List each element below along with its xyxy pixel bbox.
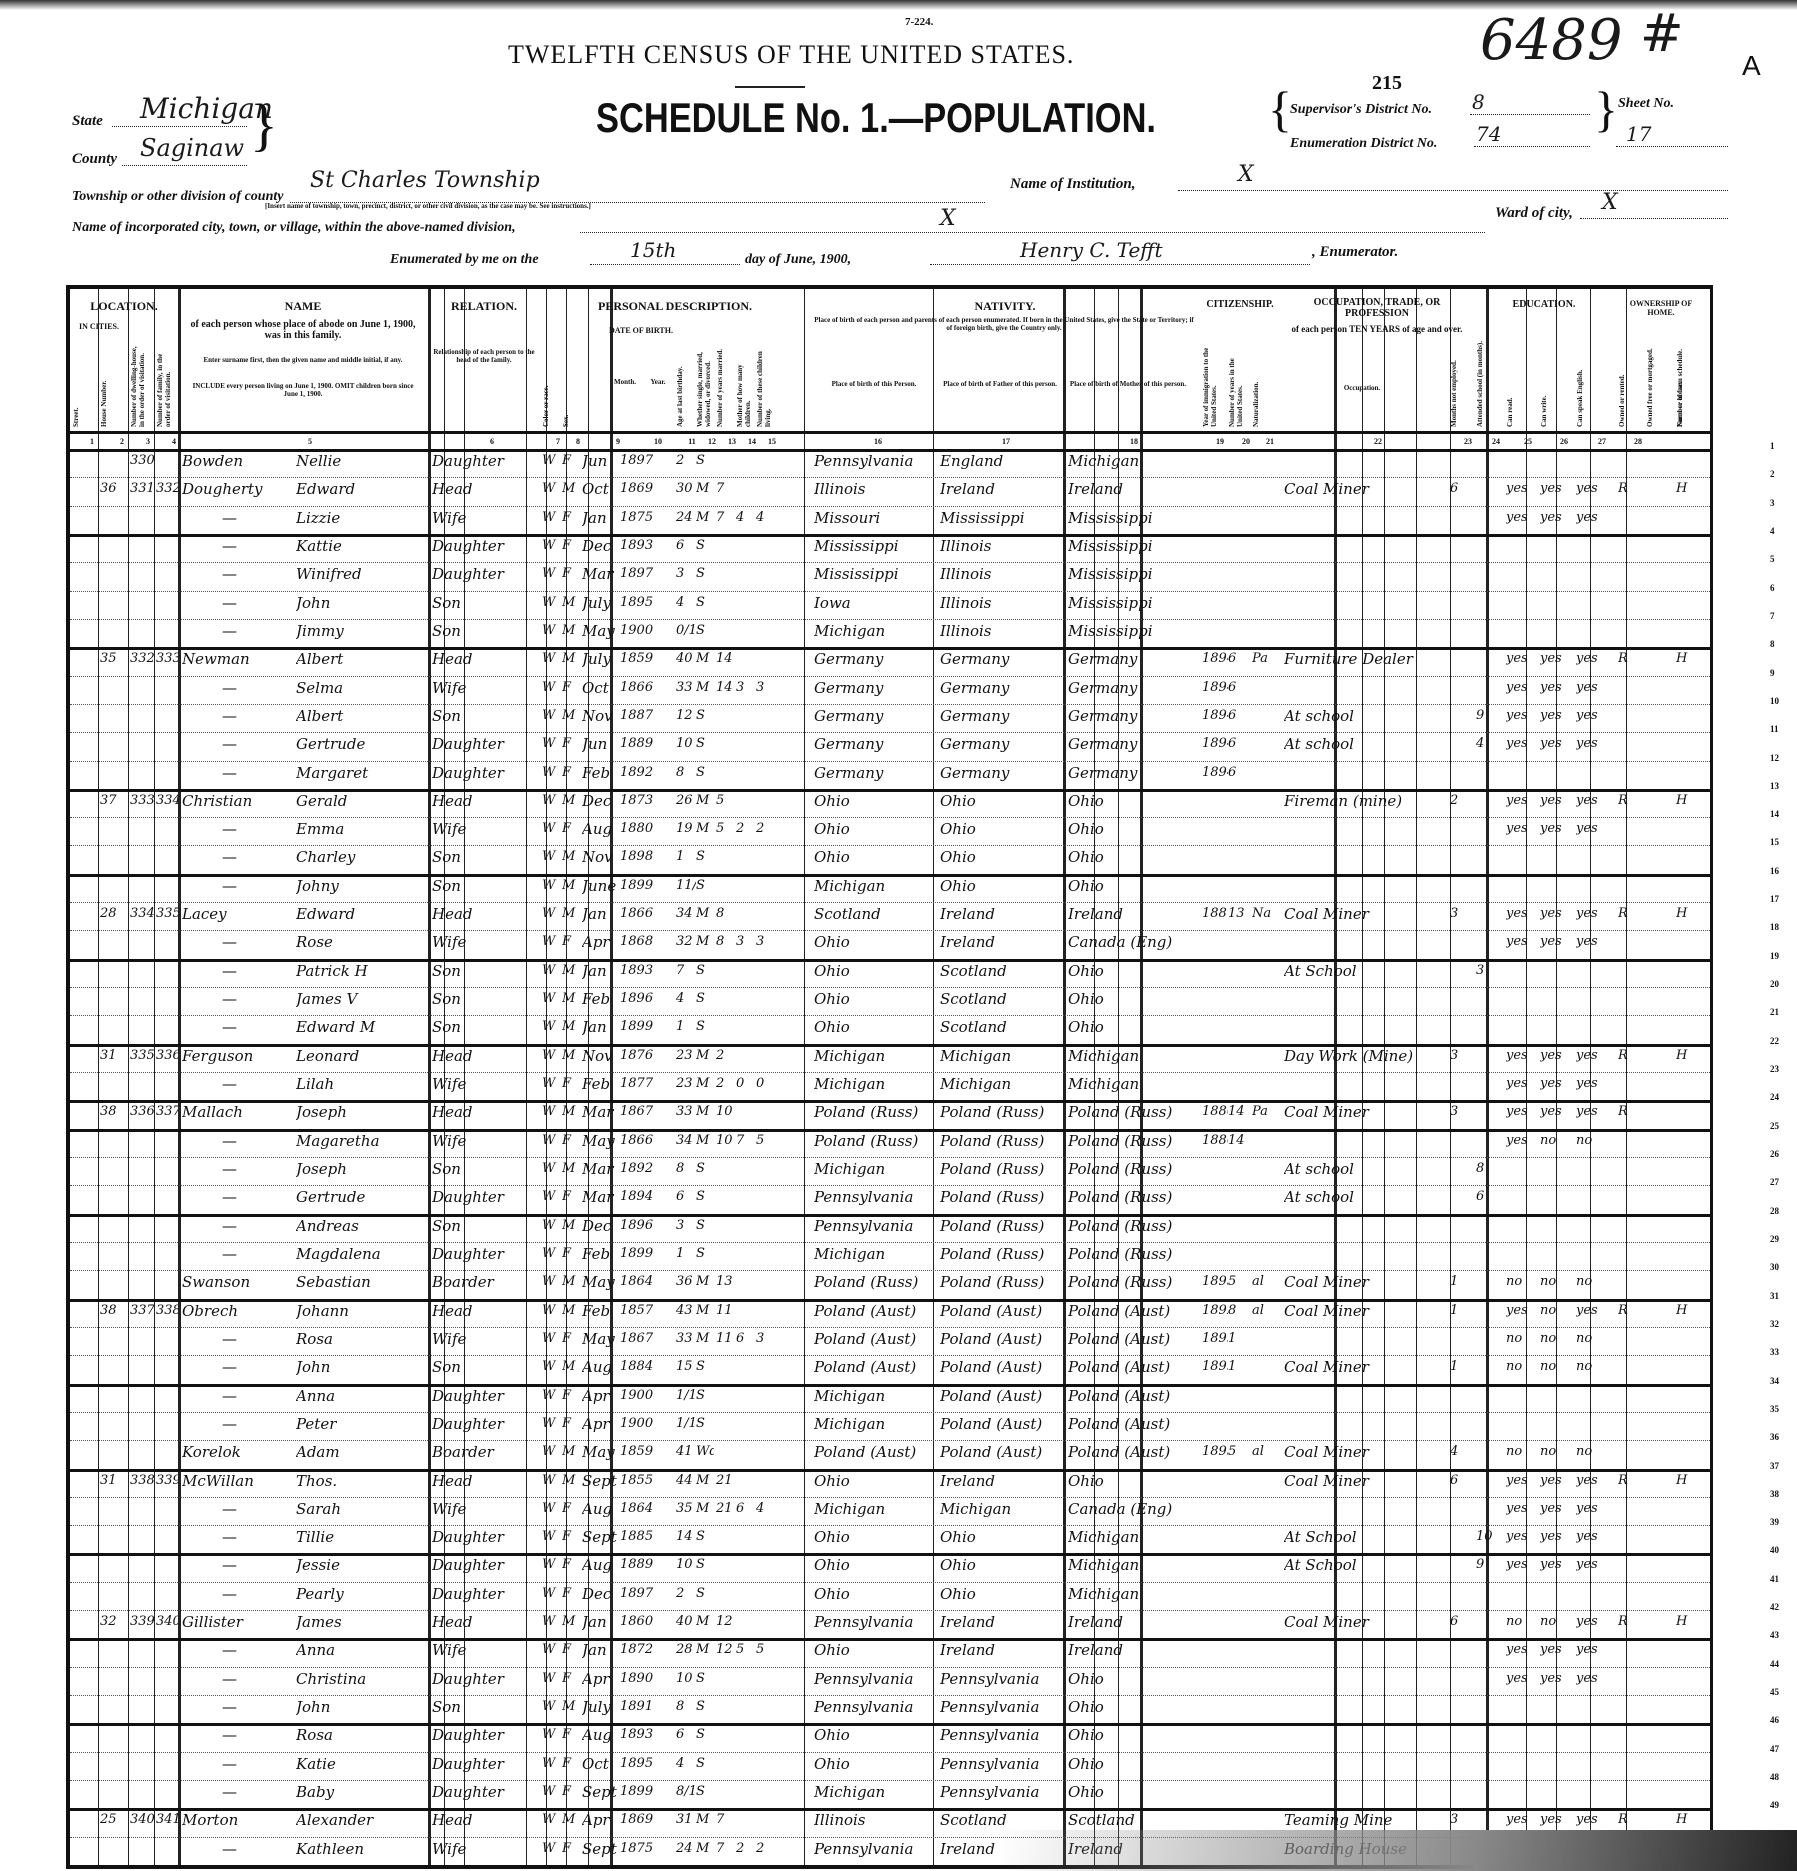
cell-mar: M <box>696 1474 714 1487</box>
cell-rd: yes <box>1506 1304 1538 1317</box>
cell-age: 33 <box>676 1105 696 1118</box>
row-number: 42 <box>1770 1602 1779 1612</box>
cell-wr: no <box>1540 1134 1574 1147</box>
cell-color: W <box>542 1842 560 1855</box>
cell-given: Emma <box>296 822 426 837</box>
row-number: 13 <box>1770 781 1779 791</box>
cell-wr: no <box>1540 1360 1574 1373</box>
cell-sex: M <box>562 1445 580 1458</box>
cell-rel: Son <box>432 709 536 724</box>
cell-bm: Poland (Aust) <box>1068 1360 1194 1375</box>
cell-bm: Mississippi <box>1068 596 1194 611</box>
cell-bf: Pennsylvania <box>940 1700 1064 1715</box>
cell-en: yes <box>1576 737 1612 750</box>
cell-surname: Christian <box>182 794 292 809</box>
cell-sex: M <box>562 1474 580 1487</box>
cell-bf: Ireland <box>940 1615 1064 1630</box>
cell-mar: M <box>696 907 714 920</box>
subgroup-date-of-birth: DATE OF BIRTH. <box>608 327 674 336</box>
cell-color: W <box>542 454 560 467</box>
table-row: —JessieDaughterWFAug188910SOhioOhioMichi… <box>70 1553 1706 1581</box>
cell-given: Magaretha <box>296 1134 426 1149</box>
cell-rel: Son <box>432 1700 536 1715</box>
cell-sex: M <box>562 709 580 722</box>
cell-rel: Son <box>432 964 536 979</box>
table-row: 32339340GillisterJamesHeadWMJan186040M12… <box>70 1610 1706 1638</box>
cell-occ: Coal Miner <box>1284 1105 1444 1120</box>
row-number: 8 <box>1770 639 1775 649</box>
cell-rel: Wife <box>432 511 536 526</box>
cell-sex: M <box>562 964 580 977</box>
cell-mu: 6 <box>1450 1474 1472 1487</box>
cell-rel: Daughter <box>432 1247 536 1262</box>
subheader-birth-father: Place of birth of Father of this person. <box>940 381 1060 389</box>
cell-sch: 4 <box>1476 737 1502 750</box>
cell-age: 8/12 <box>676 1785 696 1798</box>
cell-given: James V <box>296 992 426 1007</box>
cell-month: Feb <box>582 1304 620 1319</box>
cell-year: 1896 <box>620 992 672 1005</box>
cell-given: Edward M <box>296 1020 426 1035</box>
cell-bm: Poland (Russ) <box>1068 1105 1194 1120</box>
cell-nat: al <box>1252 1445 1274 1458</box>
cell-imm: 1894 <box>1202 766 1228 779</box>
cell-bp: Michigan <box>814 624 936 639</box>
table-row: —JohnySonWMJune189911/12SMichiganOhioOhi… <box>70 874 1706 902</box>
cell-rel: Son <box>432 624 536 639</box>
cell-color: W <box>542 1247 560 1260</box>
cell-fh: H <box>1676 907 1706 920</box>
cell-ym: 7 <box>716 482 734 495</box>
cell-own: R <box>1618 1474 1644 1487</box>
cell-occ: At school <box>1284 737 1444 752</box>
cell-given: Lizzie <box>296 511 426 526</box>
cell-fam: 332 <box>156 482 178 495</box>
table-row: —AnnaDaughterWFApr19001/12SMichiganPolan… <box>70 1384 1706 1412</box>
cell-color: W <box>542 511 560 524</box>
header-mother-of: Mother of how many children. <box>736 339 752 427</box>
cell-bf: Pennsylvania <box>940 1785 1064 1800</box>
cell-age: 40 <box>676 652 696 665</box>
cell-bm: Ohio <box>1068 1700 1194 1715</box>
cell-bf: Ireland <box>940 1474 1064 1489</box>
cell-mu: 3 <box>1450 1049 1472 1062</box>
cell-given: Johny <box>296 879 426 894</box>
cell-age: 24 <box>676 1842 696 1855</box>
cell-color: W <box>542 709 560 722</box>
cell-sex: M <box>562 1360 580 1373</box>
cell-mu: 4 <box>1450 1445 1472 1458</box>
cell-yus: 6 <box>1228 737 1250 750</box>
cell-wr: yes <box>1540 1558 1574 1571</box>
table-row: —JosephSonWMMar18928SMichiganPoland (Rus… <box>70 1157 1706 1185</box>
cell-age: 19 <box>676 822 696 835</box>
group-ownership: OWNERSHIP OF HOME. <box>1616 299 1706 317</box>
cell-rel: Boarder <box>432 1275 536 1290</box>
cell-color: W <box>542 1728 560 1741</box>
cell-ym: 11 <box>716 1332 734 1345</box>
cell-given: Johann <box>296 1304 426 1319</box>
cell-dw: 330 <box>130 454 154 467</box>
cell-year: 1864 <box>620 1502 672 1515</box>
cell-mo: 5 <box>736 1643 754 1656</box>
township-label: Township or other division of county <box>72 189 283 205</box>
header-naturalization: Naturalization. <box>1252 339 1272 427</box>
cell-occ: At School <box>1284 964 1444 979</box>
cell-liv: 0 <box>756 1077 774 1090</box>
cell-year: 1893 <box>620 964 672 977</box>
cell-bf: Poland (Russ) <box>940 1219 1064 1234</box>
cell-year: 1892 <box>620 766 672 779</box>
cell-bm: Ohio <box>1068 992 1194 1007</box>
cell-given: Adam <box>296 1445 426 1460</box>
cell-bp: Michigan <box>814 1162 936 1177</box>
cell-sex: F <box>562 539 580 552</box>
cell-sex: F <box>562 1247 580 1260</box>
cell-year: 1860 <box>620 1615 672 1628</box>
cell-yus: 6 <box>1228 652 1250 665</box>
cell-bm: Mississippi <box>1068 624 1194 639</box>
cell-wr: yes <box>1540 822 1574 835</box>
cell-year: 1859 <box>620 652 672 665</box>
cell-nat: Pa <box>1252 652 1274 665</box>
cell-fh: H <box>1676 1304 1706 1317</box>
cell-color: W <box>542 1360 560 1373</box>
table-row: —AnnaWifeWFJan187228M1255OhioIrelandIrel… <box>70 1638 1706 1666</box>
cell-own: R <box>1618 1304 1644 1317</box>
cell-en: yes <box>1576 511 1612 524</box>
township-hint: [Insert name of township, town, precinct… <box>265 202 591 210</box>
cell-age: 0/12 <box>676 624 696 637</box>
table-row: KorelokAdamBoarderWMMay185941WdPoland (A… <box>70 1440 1706 1468</box>
cell-en: yes <box>1576 1530 1612 1543</box>
table-row: —LilahWifeWFFeb187723M200MichiganMichiga… <box>70 1072 1706 1100</box>
cell-bf: Poland (Aust) <box>940 1445 1064 1460</box>
table-row: —TillieDaughterWFSept188514SOhioOhioMich… <box>70 1525 1706 1553</box>
row-number: 34 <box>1770 1376 1779 1386</box>
cell-bp: Michigan <box>814 1502 936 1517</box>
cell-rel: Wife <box>432 1643 536 1658</box>
cell-bf: Ireland <box>940 907 1064 922</box>
cell-ym: 8 <box>716 907 734 920</box>
cell-given: Rosa <box>296 1728 426 1743</box>
cell-color: W <box>542 1190 560 1203</box>
cell-ym: 14 <box>716 681 734 694</box>
cell-bp: Pennsylvania <box>814 1219 936 1234</box>
cell-house: 25 <box>100 1813 126 1826</box>
header-years-us: Number of years in the United States. <box>1228 339 1248 427</box>
header-family: Number of family, in the order of visita… <box>156 339 176 427</box>
cell-yus: 5 <box>1228 1275 1250 1288</box>
cell-color: W <box>542 1785 560 1798</box>
cell-color: W <box>542 1105 560 1118</box>
cell-bp: Ohio <box>814 1587 936 1602</box>
table-row: —JimmySonWMMay19000/12SMichiganIllinoisM… <box>70 619 1706 647</box>
cell-mar: S <box>696 992 714 1005</box>
cell-bm: Poland (Russ) <box>1068 1134 1194 1149</box>
cell-sex: M <box>562 1275 580 1288</box>
cell-occ: Fireman (mine) <box>1284 794 1444 809</box>
cell-mar: M <box>696 1615 714 1628</box>
cell-own: R <box>1618 1049 1644 1062</box>
cell-imm: 1894 <box>1202 737 1228 750</box>
cell-age: 23 <box>676 1049 696 1062</box>
cell-rel: Daughter <box>432 737 536 752</box>
cell-age: 31 <box>676 1813 696 1826</box>
cell-color: W <box>542 822 560 835</box>
cell-sex: M <box>562 1615 580 1628</box>
cell-bm: Germany <box>1068 652 1194 667</box>
cell-bp: Michigan <box>814 1077 936 1092</box>
cell-month: Oct <box>582 681 620 696</box>
cell-month: Nov <box>582 1049 620 1064</box>
cell-bp: Germany <box>814 652 936 667</box>
cell-bf: Germany <box>940 709 1064 724</box>
cell-bp: Germany <box>814 766 936 781</box>
cell-rd: yes <box>1506 1672 1538 1685</box>
cell-dw: 336 <box>130 1105 154 1118</box>
cell-year: 1894 <box>620 1190 672 1203</box>
cell-bp: Scotland <box>814 907 936 922</box>
form-number: 7-224. <box>905 16 933 28</box>
table-row: —ChristinaDaughterWFApr189010SPennsylvan… <box>70 1667 1706 1695</box>
cell-bm: Mississippi <box>1068 539 1194 554</box>
cell-rd: no <box>1506 1615 1538 1628</box>
cell-sex: F <box>562 935 580 948</box>
cell-own: R <box>1618 907 1644 920</box>
row-number: 2 <box>1770 469 1775 479</box>
table-row: 38337338ObrechJohannHeadWMFeb185743M11Po… <box>70 1299 1706 1327</box>
cell-occ: Coal Miner <box>1284 1615 1444 1630</box>
cell-age: 1/12 <box>676 1389 696 1402</box>
cell-month: Mar <box>582 567 620 582</box>
cell-given: Lilah <box>296 1077 426 1092</box>
county-label: County <box>72 151 117 168</box>
column-number: 23 <box>1460 437 1476 446</box>
cell-rel: Head <box>432 652 536 667</box>
table-row: —James VSonWMFeb18964SOhioScotlandOhio <box>70 987 1706 1015</box>
cell-age: 6 <box>676 539 696 552</box>
cell-rel: Head <box>432 1304 536 1319</box>
cell-rel: Daughter <box>432 1389 536 1404</box>
cell-wr: yes <box>1540 1502 1574 1515</box>
cell-year: 1899 <box>620 1020 672 1033</box>
cell-sex: F <box>562 1530 580 1543</box>
cell-bm: Poland (Aust) <box>1068 1389 1194 1404</box>
subheader-month: Month. <box>608 379 642 387</box>
column-number: 1 <box>84 437 100 446</box>
cell-bm: Michigan <box>1068 1049 1194 1064</box>
cell-bp: Poland (Russ) <box>814 1105 936 1120</box>
cell-bf: Ohio <box>940 1558 1064 1573</box>
cell-fam: 339 <box>156 1474 178 1487</box>
cell-bp: Poland (Russ) <box>814 1275 936 1290</box>
cell-sex: F <box>562 1587 580 1600</box>
cell-year: 1885 <box>620 1530 672 1543</box>
cell-mar: M <box>696 1643 714 1656</box>
cell-en: yes <box>1576 1558 1612 1571</box>
cell-yus: 1 <box>1228 1332 1250 1345</box>
cell-year: 1877 <box>620 1077 672 1090</box>
cell-year: 1873 <box>620 794 672 807</box>
cell-mar: M <box>696 935 714 948</box>
header-marital: Whether single, married, widowed, or div… <box>696 339 712 427</box>
cell-rel: Daughter <box>432 539 536 554</box>
cell-bm: Michigan <box>1068 1558 1194 1573</box>
cell-bf: Ohio <box>940 794 1064 809</box>
cell-bm: Ohio <box>1068 1020 1194 1035</box>
table-row: —MargaretDaughterWFFeb18928SGermanyGerma… <box>70 761 1706 789</box>
cell-given: Selma <box>296 681 426 696</box>
cell-en: yes <box>1576 482 1612 495</box>
group-occupation: OCCUPATION, TRADE, OR PROFESSION <box>1282 297 1472 319</box>
cell-bm: Germany <box>1068 681 1194 696</box>
cell-rel: Head <box>432 1615 536 1630</box>
cell-imm: 1894 <box>1202 681 1228 694</box>
cell-mar: S <box>696 964 714 977</box>
cell-color: W <box>542 766 560 779</box>
cell-color: W <box>542 1502 560 1515</box>
cell-month: Apr <box>582 935 620 950</box>
cell-sex: M <box>562 992 580 1005</box>
cell-sex: M <box>562 794 580 807</box>
subheader-occupation: Occupation. <box>1282 385 1442 393</box>
cell-given: Edward <box>296 482 426 497</box>
cell-dw: 331 <box>130 482 154 495</box>
table-row: —LizzieWifeWFJan187524M744MissouriMissis… <box>70 506 1706 534</box>
column-number: 12 <box>704 437 720 446</box>
name-note-surname: Enter surname first, then the given name… <box>190 357 416 365</box>
cell-rd: yes <box>1506 1558 1538 1571</box>
cell-bp: Ohio <box>814 1558 936 1573</box>
cell-ym: 2 <box>716 1077 734 1090</box>
cell-en: yes <box>1576 1643 1612 1656</box>
cell-month: July <box>582 652 620 667</box>
cell-rel: Daughter <box>432 1190 536 1205</box>
cell-bm: Scotland <box>1068 1813 1194 1828</box>
cell-mu: 3 <box>1450 1813 1472 1826</box>
cell-mar: S <box>696 539 714 552</box>
cell-given: Gertrude <box>296 1190 426 1205</box>
cell-mar: M <box>696 1813 714 1826</box>
cell-bp: Ohio <box>814 1643 936 1658</box>
column-number: 19 <box>1212 437 1228 446</box>
header-street: Street. <box>72 339 96 427</box>
cell-liv: 5 <box>756 1643 774 1656</box>
cell-mar: S <box>696 596 714 609</box>
cell-year: 1899 <box>620 879 672 892</box>
cell-sex: F <box>562 511 580 524</box>
cell-color: W <box>542 1813 560 1826</box>
cell-bp: Michigan <box>814 1049 936 1064</box>
header-rule <box>70 431 1710 434</box>
cell-sex: F <box>562 737 580 750</box>
cell-color: W <box>542 652 560 665</box>
cell-color: W <box>542 596 560 609</box>
cell-month: Apr <box>582 1813 620 1828</box>
cell-month: Aug <box>582 1360 620 1375</box>
cell-month: Mar <box>582 1162 620 1177</box>
sheet-value: 17 <box>1626 122 1651 146</box>
cell-month: Aug <box>582 1502 620 1517</box>
cell-bf: Scotland <box>940 992 1064 1007</box>
cell-given: Charley <box>296 850 426 865</box>
ward-label: Ward of city, <box>1495 205 1573 222</box>
cell-en: yes <box>1576 907 1612 920</box>
row-number: 37 <box>1770 1461 1779 1471</box>
ward-value: X <box>1602 190 1618 215</box>
cell-surname: Mallach <box>182 1105 292 1120</box>
cell-house: 36 <box>100 482 126 495</box>
cell-bp: Ohio <box>814 964 936 979</box>
header-house: House Number. <box>100 339 126 427</box>
cell-ym: 7 <box>716 1813 734 1826</box>
cell-rel: Son <box>432 1162 536 1177</box>
cell-en: yes <box>1576 1672 1612 1685</box>
table-row: —PearlyDaughterWFDec18972SOhioOhioMichig… <box>70 1582 1706 1610</box>
cell-bm: Mississippi <box>1068 511 1194 526</box>
cell-mar: Wd <box>696 1445 714 1458</box>
cell-bm: Michigan <box>1068 1530 1194 1545</box>
cell-bp: Mississippi <box>814 567 936 582</box>
cell-color: W <box>542 794 560 807</box>
cell-en: yes <box>1576 935 1612 948</box>
cell-sex: M <box>562 1049 580 1062</box>
cell-rel: Daughter <box>432 1417 536 1432</box>
cell-given: Sarah <box>296 1502 426 1517</box>
cell-sch: 6 <box>1476 1190 1502 1203</box>
cell-surname: McWillan <box>182 1474 292 1489</box>
cell-ym: 7 <box>716 511 734 524</box>
cell-bp: Ohio <box>814 935 936 950</box>
row-number: 6 <box>1770 583 1775 593</box>
cell-bp: Poland (Aust) <box>814 1332 936 1347</box>
cell-house: 31 <box>100 1474 126 1487</box>
cell-mar: S <box>696 850 714 863</box>
cell-en: yes <box>1576 1105 1612 1118</box>
column-number: 3 <box>140 437 156 446</box>
cell-age: 7 <box>676 964 696 977</box>
census-table: LOCATION.IN CITIES.NAMEof each person wh… <box>66 285 1713 1869</box>
cell-yus: 6 <box>1228 681 1250 694</box>
cell-sex: M <box>562 482 580 495</box>
cell-ym: 21 <box>716 1502 734 1515</box>
cell-color: W <box>542 1643 560 1656</box>
cell-wr: yes <box>1540 1643 1574 1656</box>
header-farm-schedule: Number of farm schedule. <box>1676 339 1706 427</box>
cell-bp: Pennsylvania <box>814 1672 936 1687</box>
cell-mar: S <box>696 1530 714 1543</box>
cell-bf: Germany <box>940 652 1064 667</box>
cell-mar: S <box>696 1587 714 1600</box>
cell-rd: yes <box>1506 1077 1538 1090</box>
group-education: EDUCATION. <box>1474 299 1614 310</box>
cell-age: 2 <box>676 454 696 467</box>
row-number: 20 <box>1770 979 1779 989</box>
cell-fh: H <box>1676 1049 1706 1062</box>
cell-mar: M <box>696 1275 714 1288</box>
cell-color: W <box>542 567 560 580</box>
cell-bf: Pennsylvania <box>940 1757 1064 1772</box>
header-free-mortgaged: Owned free or mortgaged. <box>1646 339 1672 427</box>
cell-rel: Son <box>432 1020 536 1035</box>
township-value: St Charles Township <box>310 168 540 193</box>
cell-color: W <box>542 1672 560 1685</box>
cell-bp: Illinois <box>814 1813 936 1828</box>
cell-rd: yes <box>1506 1813 1538 1826</box>
table-row: —JohnSonWMJuly18954SIowaIllinoisMississi… <box>70 591 1706 619</box>
cell-mu: 2 <box>1450 794 1472 807</box>
